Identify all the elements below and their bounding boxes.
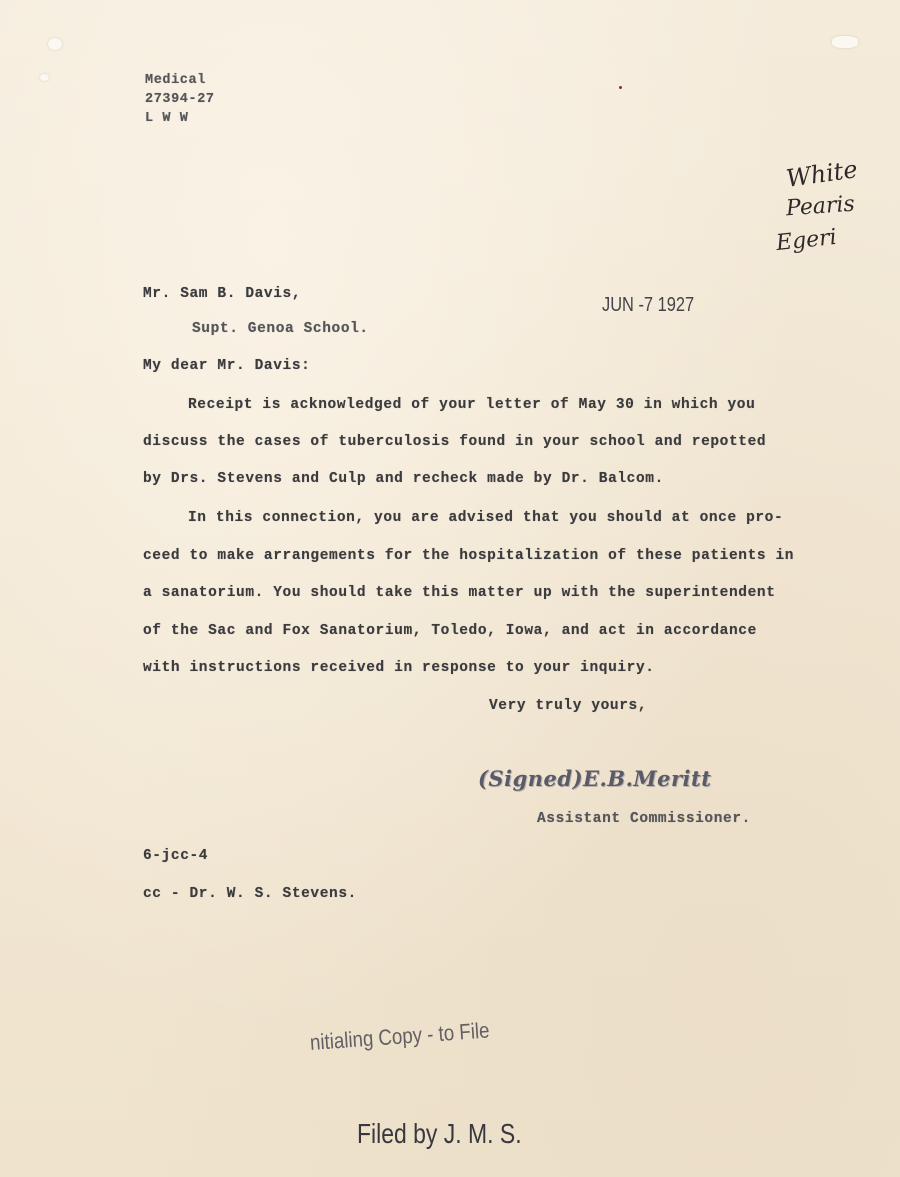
body-line: of the Sac and Fox Sanatorium, Toledo, I… xyxy=(143,623,757,639)
typist-reference: 6-jcc-4 xyxy=(143,848,208,864)
signer-title: Assistant Commissioner. xyxy=(537,811,751,827)
initialing-copy-stamp: nitialing Copy - to File xyxy=(309,1017,490,1055)
signature-stamp: (Signed)E.B.Meritt xyxy=(478,766,711,791)
filed-by-stamp: Filed by J. M. S. xyxy=(357,1118,522,1150)
letter-page: Medical 27394-27 L W W White Pearis Eger… xyxy=(0,0,900,1177)
body-line: discuss the cases of tuberculosis found … xyxy=(143,434,766,450)
paper-flake-top-left-small xyxy=(40,74,49,81)
body-line: ceed to make arrangements for the hospit… xyxy=(143,548,794,564)
recipient-name: Mr. Sam B. Davis, xyxy=(143,286,301,302)
body-line: In this connection, you are advised that… xyxy=(188,510,783,526)
paper-flake-top-left xyxy=(48,38,62,50)
recipient-title: Supt. Genoa School. xyxy=(192,321,369,337)
file-code-initials: L W W xyxy=(145,111,189,126)
ink-speck xyxy=(619,86,622,89)
body-line: a sanatorium. You should take this matte… xyxy=(143,585,776,601)
file-code-number: 27394-27 xyxy=(145,92,215,107)
body-line: with instructions received in response t… xyxy=(143,660,655,676)
handwritten-note-line3: Egeri xyxy=(775,225,838,256)
carbon-copy-line: cc - Dr. W. S. Stevens. xyxy=(143,886,357,902)
body-line: Receipt is acknowledged of your letter o… xyxy=(188,397,755,413)
handwritten-note-line2: Pearis xyxy=(785,192,855,222)
date-stamp: JUN -7 1927 xyxy=(602,294,694,317)
closing: Very truly yours, xyxy=(489,698,647,714)
file-code-medical: Medical xyxy=(145,73,206,88)
body-line: by Drs. Stevens and Culp and recheck mad… xyxy=(143,471,664,487)
paper-flake-top-right xyxy=(832,36,858,48)
salutation: My dear Mr. Davis: xyxy=(143,358,310,374)
handwritten-note-line1: White xyxy=(784,155,859,193)
